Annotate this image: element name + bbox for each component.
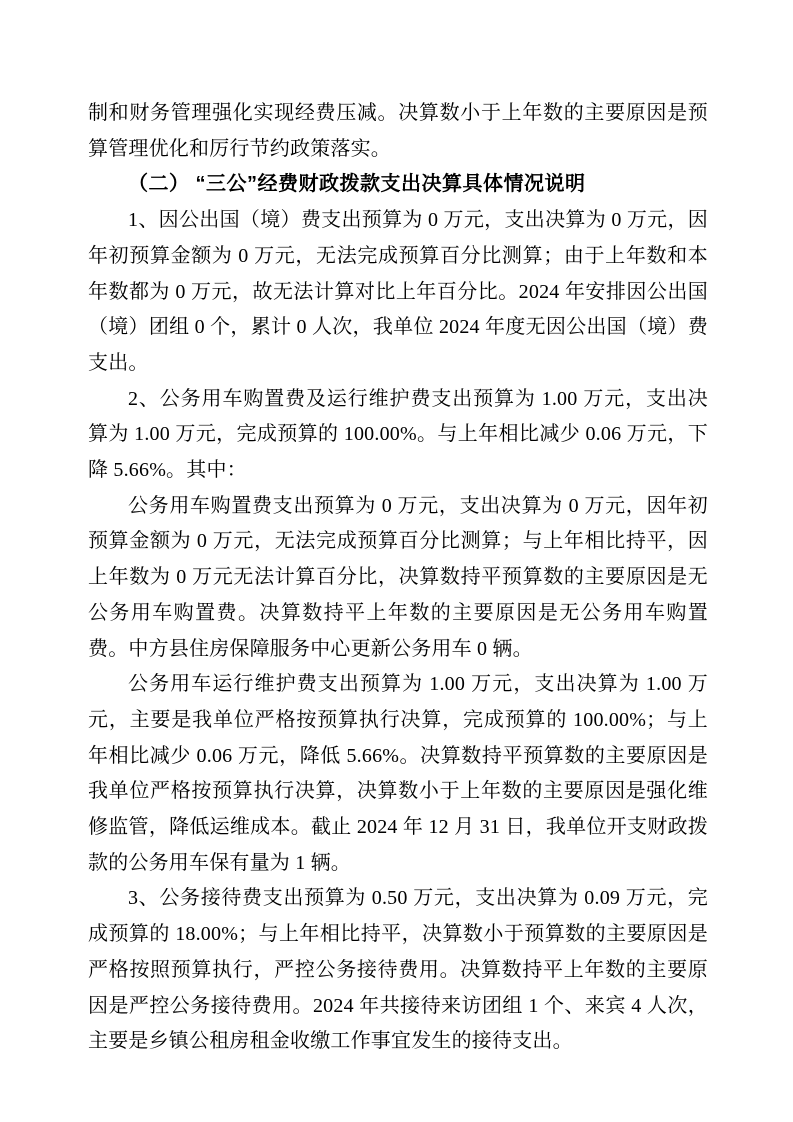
section-heading-three-public-funds: （二） “三公”经费财政拨款支出决算具体情况说明 — [88, 167, 708, 203]
document-page: 制和财务管理强化实现经费压减。决算数小于上年数的主要原因是预算管理优化和厉行节约… — [0, 0, 793, 1122]
paragraph-official-vehicle-total: 2、公务用车购置费及运行维护费支出预算为 1.00 万元，支出决算为 1.00 … — [88, 382, 708, 489]
paragraph-vehicle-maintenance: 公务用车运行维护费支出预算为 1.00 万元，支出决算为 1.00 万元，主要是… — [88, 667, 708, 881]
paragraph-vehicle-purchase: 公务用车购置费支出预算为 0 万元，支出决算为 0 万元，因年初预算金额为 0 … — [88, 489, 708, 668]
paragraph-official-travel-abroad: 1、因公出国（境）费支出预算为 0 万元，支出决算为 0 万元，因年初预算金额为… — [88, 203, 708, 382]
paragraph-official-reception: 3、公务接待费支出预算为 0.50 万元，支出决算为 0.09 万元，完成预算的… — [88, 881, 708, 1060]
paragraph-continuation: 制和财务管理强化实现经费压减。决算数小于上年数的主要原因是预算管理优化和厉行节约… — [88, 96, 708, 167]
